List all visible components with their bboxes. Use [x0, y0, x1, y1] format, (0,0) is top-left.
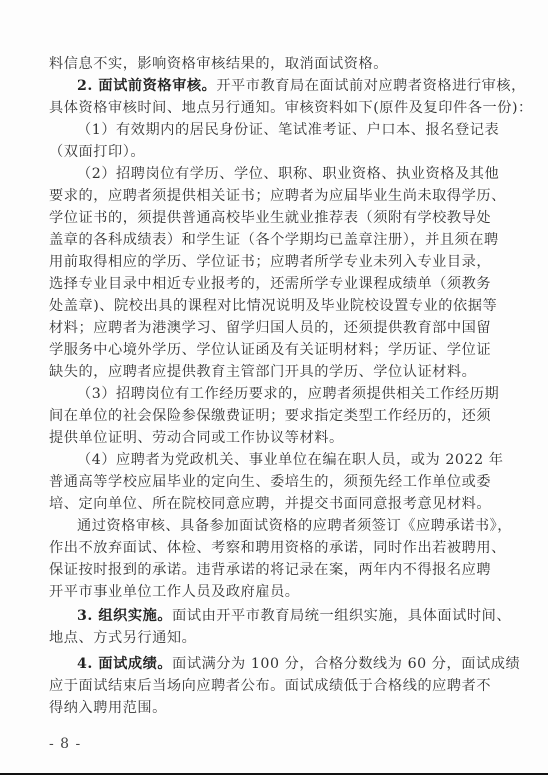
line-text: 材料；应聘者为港澳学习、留学归国人员的，还须提供教育部中国留	[49, 320, 491, 336]
line-text: 地点、方式另行通知。	[49, 630, 196, 646]
text-line: 料信息不实，影响资格审核结果的，取消面试资格。	[49, 54, 388, 75]
text-line: 通过资格审核、具备参加面试资格的应聘者须签订《应聘承诺书》，	[49, 516, 512, 537]
line-text: 缺失的，应聘者应提供教育主管部门开具的学历、学位认证材料。	[49, 364, 476, 380]
line-text: 处盖章)、院校出具的课程对比情况说明及毕业院校设置专业的依据等	[49, 298, 497, 314]
text-line: 保证按时报到的承诺。违背承诺的将记录在案，两年内不得报名应聘	[49, 560, 491, 581]
line-text: 开平市教育局在面试前对应聘者资格进行审核，	[216, 78, 526, 94]
line-text: 得纳入聘用范围。	[49, 700, 167, 716]
text-line: 开平市事业单位工作人员及政府雇员。	[49, 582, 300, 603]
text-line: 应于面试结束后当场向应聘者公布。面试成绩低于合格线的应聘者不	[49, 676, 491, 697]
text-line: （双面打印）。	[49, 142, 145, 163]
text-line: 学位证书的，须提供普通高校毕业生就业推荐表（须附有学校教导处	[49, 208, 491, 229]
line-text: （1）有效期内的居民身份证、笔试准考证、户口本、报名登记表	[77, 122, 499, 138]
text-line: 间在单位的社会保险参保缴费证明；要求指定类型工作经历的，还须	[49, 406, 491, 427]
line-text: 开平市事业单位工作人员及政府雇员。	[49, 584, 300, 600]
page-number: - 8 -	[49, 736, 81, 752]
line-text: 选择专业目录中相近专业报考的，还需所学专业课程成绩单（须教务	[49, 276, 491, 292]
line-text: 学位证书的，须提供普通高校毕业生就业推荐表（须附有学校教导处	[49, 210, 491, 226]
line-text: 提供单位证明、劳动合同或工作协议等材料。	[49, 430, 344, 446]
line-text: （3）招聘岗位有工作经历要求的，应聘者须提供相关工作经历期	[77, 386, 499, 402]
text-line: （2）招聘岗位有学历、学位、职称、职业资格、执业资格及其他	[49, 164, 499, 185]
text-line: 用前取得相应的学历、学位证书；应聘者所学专业未列入专业目录，	[49, 252, 491, 273]
text-line: 学服务中心境外学历、学位认证函及有关证明材料；学历证、学位证	[49, 340, 491, 361]
section-heading: 3. 组织实施。	[77, 608, 172, 624]
text-line: 作出不放弃面试、体检、考察和聘用资格的承诺，同时作出若被聘用、	[49, 538, 506, 559]
line-text: 培、定向单位、所在院校同意应聘，并提交书面同意报考意见材料。	[49, 496, 491, 512]
line-text: 用前取得相应的学历、学位证书；应聘者所学专业未列入专业目录，	[49, 254, 491, 270]
text-line: 要求的，应聘者须提供相关证书；应聘者为应届毕业生尚未取得学历、	[49, 186, 506, 207]
line-text: 间在单位的社会保险参保缴费证明；要求指定类型工作经历的，还须	[49, 408, 491, 424]
line-text: （4）应聘者为党政机关、事业单位在编在职人员，或为 2022 年	[77, 452, 503, 468]
line-text: 学服务中心境外学历、学位认证函及有关证明材料；学历证、学位证	[49, 342, 491, 358]
text-line: 盖章的各科成绩表）和学生证（各个学期均已盖章注册），并且须在聘	[49, 230, 499, 251]
text-line: 地点、方式另行通知。	[49, 628, 196, 649]
text-line: 3. 组织实施。面试由开平市教育局统一组织实施，具体面试时间、	[49, 606, 511, 627]
line-text: 要求的，应聘者须提供相关证书；应聘者为应届毕业生尚未取得学历、	[49, 188, 506, 204]
text-line: 具体资格审核时间、地点另行通知。审核资料如下(原件及复印件各一份)：	[49, 98, 533, 119]
line-text: 料信息不实，影响资格审核结果的，取消面试资格。	[49, 56, 388, 72]
text-line: 提供单位证明、劳动合同或工作协议等材料。	[49, 428, 344, 449]
text-line: 选择专业目录中相近专业报考的，还需所学专业课程成绩单（须教务	[49, 274, 491, 295]
line-text: （2）招聘岗位有学历、学位、职称、职业资格、执业资格及其他	[77, 166, 499, 182]
document-page: 料信息不实，影响资格审核结果的，取消面试资格。2. 面试前资格审核。开平市教育局…	[0, 0, 548, 773]
line-text: 盖章的各科成绩表）和学生证（各个学期均已盖章注册），并且须在聘	[49, 232, 499, 248]
text-line: （4）应聘者为党政机关、事业单位在编在职人员，或为 2022 年	[49, 450, 503, 471]
section-heading: 2. 面试前资格审核。	[77, 78, 216, 94]
text-line: 处盖章)、院校出具的课程对比情况说明及毕业院校设置专业的依据等	[49, 296, 497, 317]
text-line: 得纳入聘用范围。	[49, 698, 167, 719]
line-text: 普通高等学校应届毕业的定向生、委培生的，须预先经工作单位或委	[49, 474, 491, 490]
line-text: 面试由开平市教育局统一组织实施，具体面试时间、	[172, 608, 511, 624]
line-text: 应于面试结束后当场向应聘者公布。面试成绩低于合格线的应聘者不	[49, 678, 491, 694]
line-text: 保证按时报到的承诺。违背承诺的将记录在案，两年内不得报名应聘	[49, 562, 491, 578]
line-text: 通过资格审核、具备参加面试资格的应聘者须签订《应聘承诺书》，	[77, 518, 512, 534]
line-text: （双面打印）。	[49, 144, 145, 160]
text-line: （3）招聘岗位有工作经历要求的，应聘者须提供相关工作经历期	[49, 384, 499, 405]
section-heading: 4. 面试成绩。	[77, 656, 172, 672]
text-line: 培、定向单位、所在院校同意应聘，并提交书面同意报考意见材料。	[49, 494, 491, 515]
text-line: 材料；应聘者为港澳学习、留学归国人员的，还须提供教育部中国留	[49, 318, 491, 339]
text-line: （1）有效期内的居民身份证、笔试准考证、户口本、报名登记表	[49, 120, 499, 141]
text-line: 缺失的，应聘者应提供教育主管部门开具的学历、学位认证材料。	[49, 362, 476, 383]
text-line: 4. 面试成绩。面试满分为 100 分，合格分数线为 60 分，面试成绩	[49, 654, 520, 675]
text-line: 普通高等学校应届毕业的定向生、委培生的，须预先经工作单位或委	[49, 472, 491, 493]
line-text: 面试满分为 100 分，合格分数线为 60 分，面试成绩	[172, 656, 520, 672]
line-text: 具体资格审核时间、地点另行通知。审核资料如下(原件及复印件各一份)：	[49, 100, 533, 116]
text-line: 2. 面试前资格审核。开平市教育局在面试前对应聘者资格进行审核，	[49, 76, 526, 97]
line-text: 作出不放弃面试、体检、考察和聘用资格的承诺，同时作出若被聘用、	[49, 540, 506, 556]
